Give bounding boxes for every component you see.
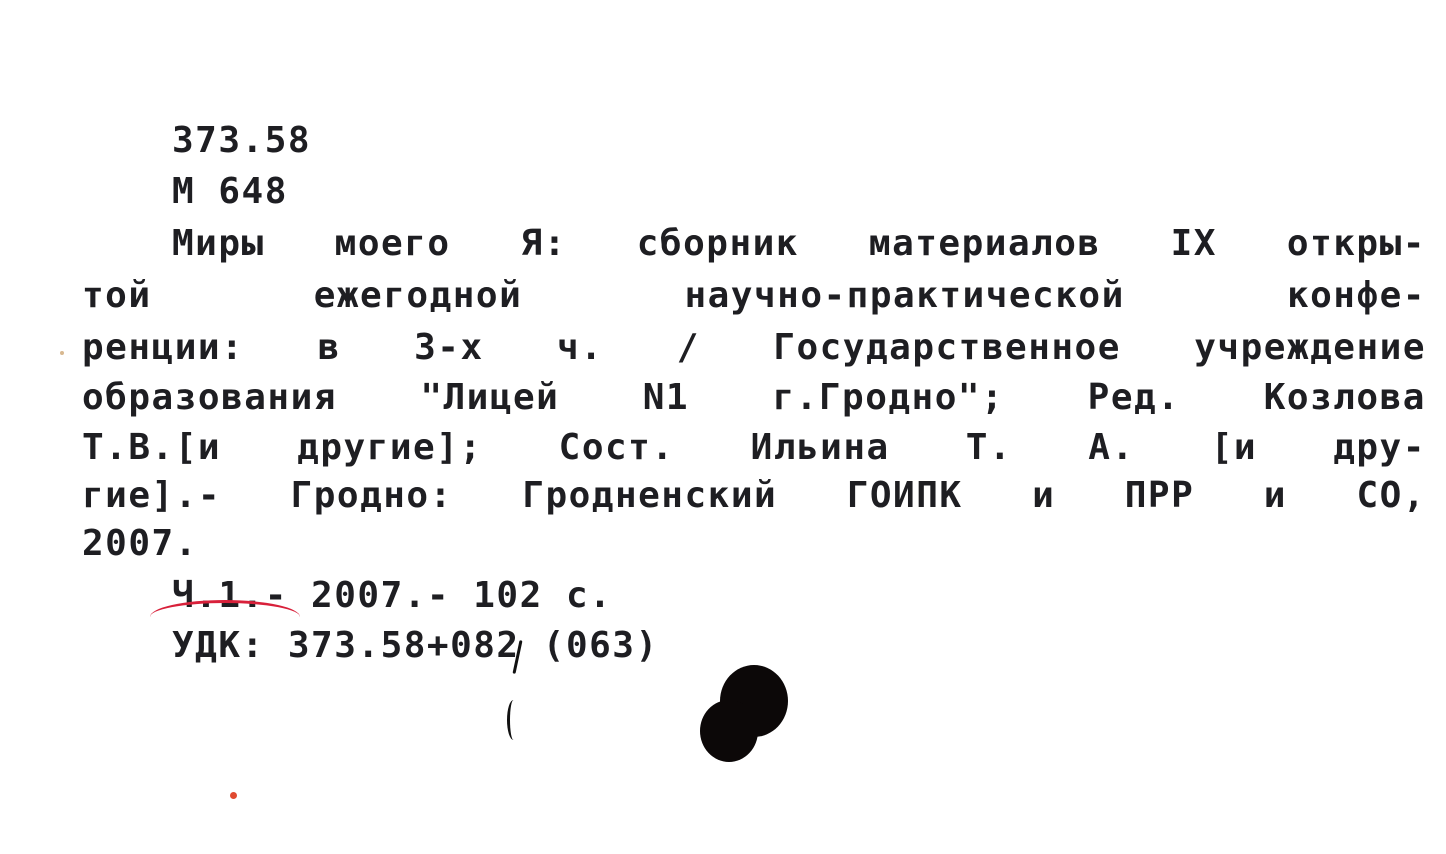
description-line-7: 2007. xyxy=(82,526,198,562)
classification-number: 373.58 xyxy=(172,123,311,159)
paper-speck xyxy=(60,351,64,355)
description-line-6: гие].- Гродно: Гродненский ГОИПК и ПРР и… xyxy=(82,478,1426,514)
udc-code: УДК: 373.58+082 (063) xyxy=(172,628,659,664)
description-line-1: Миры моего Я: сборник материалов IX откр… xyxy=(172,226,1426,262)
catalog-card: 373.58 М 648 Миры моего Я: сборник матер… xyxy=(0,0,1446,854)
description-line-5: Т.В.[и другие]; Сост. Ильина Т. А. [и др… xyxy=(82,430,1426,466)
description-line-3: ренции: в 3-х ч. / Государственное учреж… xyxy=(82,330,1426,366)
red-speck xyxy=(230,792,237,799)
pen-paren-mark xyxy=(507,700,520,740)
ink-blot xyxy=(700,700,758,762)
description-line-2: той ежегодной научно-практической конфе- xyxy=(82,278,1426,314)
description-line-4: образования "Лицей N1 г.Гродно"; Ред. Ко… xyxy=(82,380,1426,416)
author-mark: М 648 xyxy=(172,174,288,210)
